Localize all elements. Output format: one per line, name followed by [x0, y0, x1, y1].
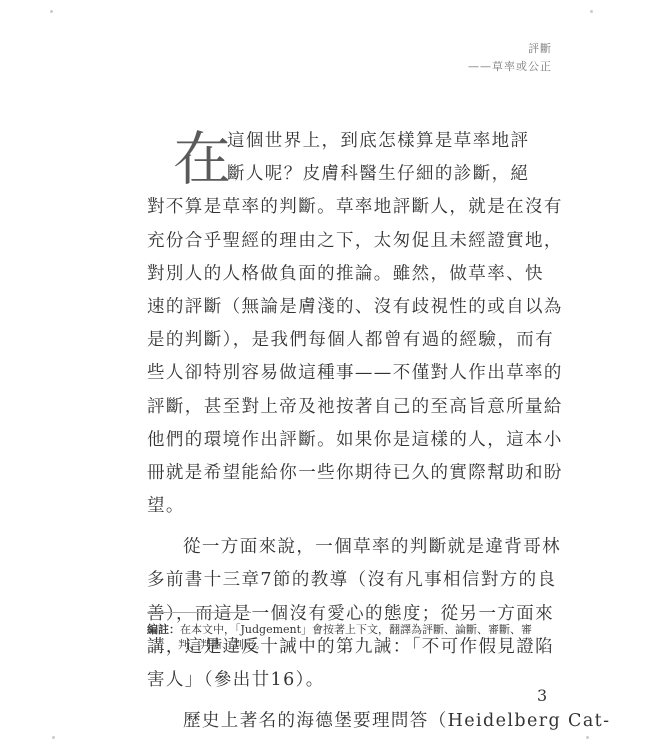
page-number: 3: [537, 686, 547, 705]
footnote-label: 編註：: [147, 623, 180, 636]
text-line: 速的評斷（無論是膚淺的、沒有歧視性的或自以為: [147, 291, 537, 324]
text-line: 評斷，甚至對上帝及祂按著自己的至高旨意所量給: [147, 391, 537, 424]
paragraph-1: 在 這個世界上，到底怎樣算是草率地評 斷人呢？皮膚科醫生仔細的診斷，絕 對不算是…: [147, 125, 537, 523]
running-head: 評斷 ——草率或公正: [468, 40, 552, 76]
running-head-title: 評斷: [468, 40, 552, 58]
text-line: 多前書十三章7節的教導（沒有凡事相信對方的良: [147, 564, 537, 597]
footnote-text-line1: 在本文中，「Judgement」會按著上下文，翻譯為評斷、論斷、審斷、審: [180, 623, 532, 636]
text-line: 冊就是希望能給你一些你期待已久的實際幫助和盼: [147, 457, 537, 490]
crop-mark: [50, 10, 53, 13]
text-line: 是的判斷），是我們每個人都曾有過的經驗，而有: [147, 324, 537, 357]
text-line: 對不算是草率的判斷。草率地評斷人，就是在沒有: [147, 191, 537, 224]
paragraph-3: 歷史上著名的海德堡要理問答（Heidelberg Cat-: [147, 705, 537, 738]
text-line: 歷史上著名的海德堡要理問答（Heidelberg Cat-: [147, 705, 537, 738]
text-line: 些人卻特別容易做這種事——不僅對人作出草率的: [147, 357, 537, 390]
text-line: 從一方面來說，一個草率的判斷就是違背哥林: [147, 531, 537, 564]
footnote: 編註：在本文中，「Judgement」會按著上下文，翻譯為評斷、論斷、審斷、審 …: [147, 622, 537, 652]
text-line: 望。: [147, 490, 537, 523]
paragraph-2: 從一方面來說，一個草率的判斷就是違背哥林 多前書十三章7節的教導（沒有凡事相信對…: [147, 531, 537, 697]
text-line: 對別人的人格做負面的推論。雖然，做草率、快: [147, 258, 537, 291]
text-line: 害人」（參出廿16）。: [147, 664, 537, 697]
text-line: 充份合乎聖經的理由之下，太匆促且未經證實地，: [147, 225, 537, 258]
crop-mark: [590, 10, 593, 13]
footnote-text-line2: 判、判斷、判定。: [147, 637, 537, 652]
drop-cap: 在: [173, 130, 232, 188]
crop-mark: [586, 736, 589, 739]
crop-mark: [52, 736, 55, 739]
footnote-divider: [147, 612, 251, 613]
running-head-subtitle: ——草率或公正: [468, 58, 552, 76]
text-line: 他們的環境作出評斷。如果你是這樣的人，這本小: [147, 424, 537, 457]
